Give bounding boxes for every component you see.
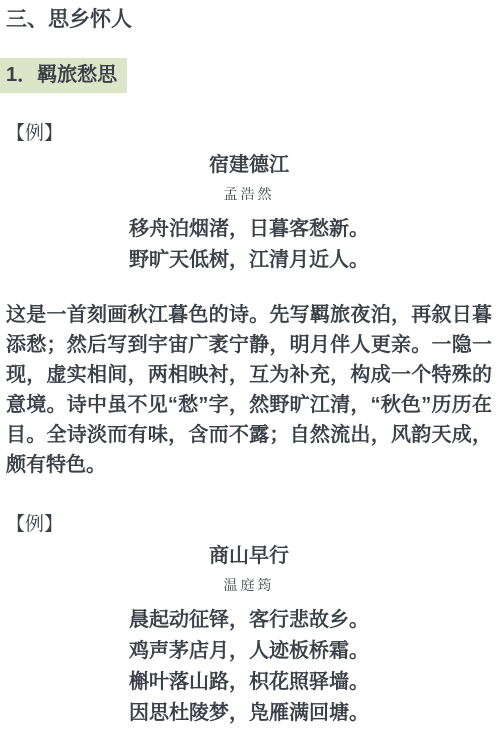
poem-line: 移舟泊烟渚，日暮客愁新。	[0, 214, 498, 245]
subsection-title-highlighted: 1．羁旅愁思	[0, 58, 127, 93]
poem-title: 商山早行	[0, 544, 498, 568]
poem-line: 因思杜陵梦，凫雁满回塘。	[0, 698, 498, 729]
poem-title: 宿建德江	[0, 153, 498, 177]
poem-analysis-paragraph: 这是一首刻画秋江暮色的诗。先写羁旅夜泊，再叙日暮添愁；然后写到宇宙广袤宁静，明月…	[6, 300, 492, 480]
poem-line: 槲叶落山路，枳花照驿墙。	[0, 667, 498, 698]
poem-lines: 移舟泊烟渚，日暮客愁新。 野旷天低树，江清月近人。	[0, 214, 498, 276]
poem-author: 孟浩然	[0, 186, 498, 203]
poem-line: 野旷天低树，江清月近人。	[0, 245, 498, 276]
poem-line: 晨起动征铎，客行悲故乡。	[0, 605, 498, 636]
section-heading: 三、思乡怀人	[6, 8, 492, 32]
poem-shangshan-zaoxing: 商山早行 温庭筠 晨起动征铎，客行悲故乡。 鸡声茅店月，人迹板桥霜。 槲叶落山路…	[0, 544, 498, 729]
poem-su-jiande-jiang: 宿建德江 孟浩然 移舟泊烟渚，日暮客愁新。 野旷天低树，江清月近人。	[0, 153, 498, 276]
poem-author: 温庭筠	[0, 577, 498, 594]
poem-line: 鸡声茅店月，人迹板桥霜。	[0, 636, 498, 667]
article-page: 三、思乡怀人 1．羁旅愁思 【例】 宿建德江 孟浩然 移舟泊烟渚，日暮客愁新。 …	[0, 8, 498, 733]
poem-lines: 晨起动征铎，客行悲故乡。 鸡声茅店月，人迹板桥霜。 槲叶落山路，枳花照驿墙。 因…	[0, 605, 498, 729]
example-marker-1: 【例】	[6, 123, 492, 145]
subsection-row: 1．羁旅愁思	[0, 58, 498, 93]
example-marker-2: 【例】	[6, 514, 492, 536]
